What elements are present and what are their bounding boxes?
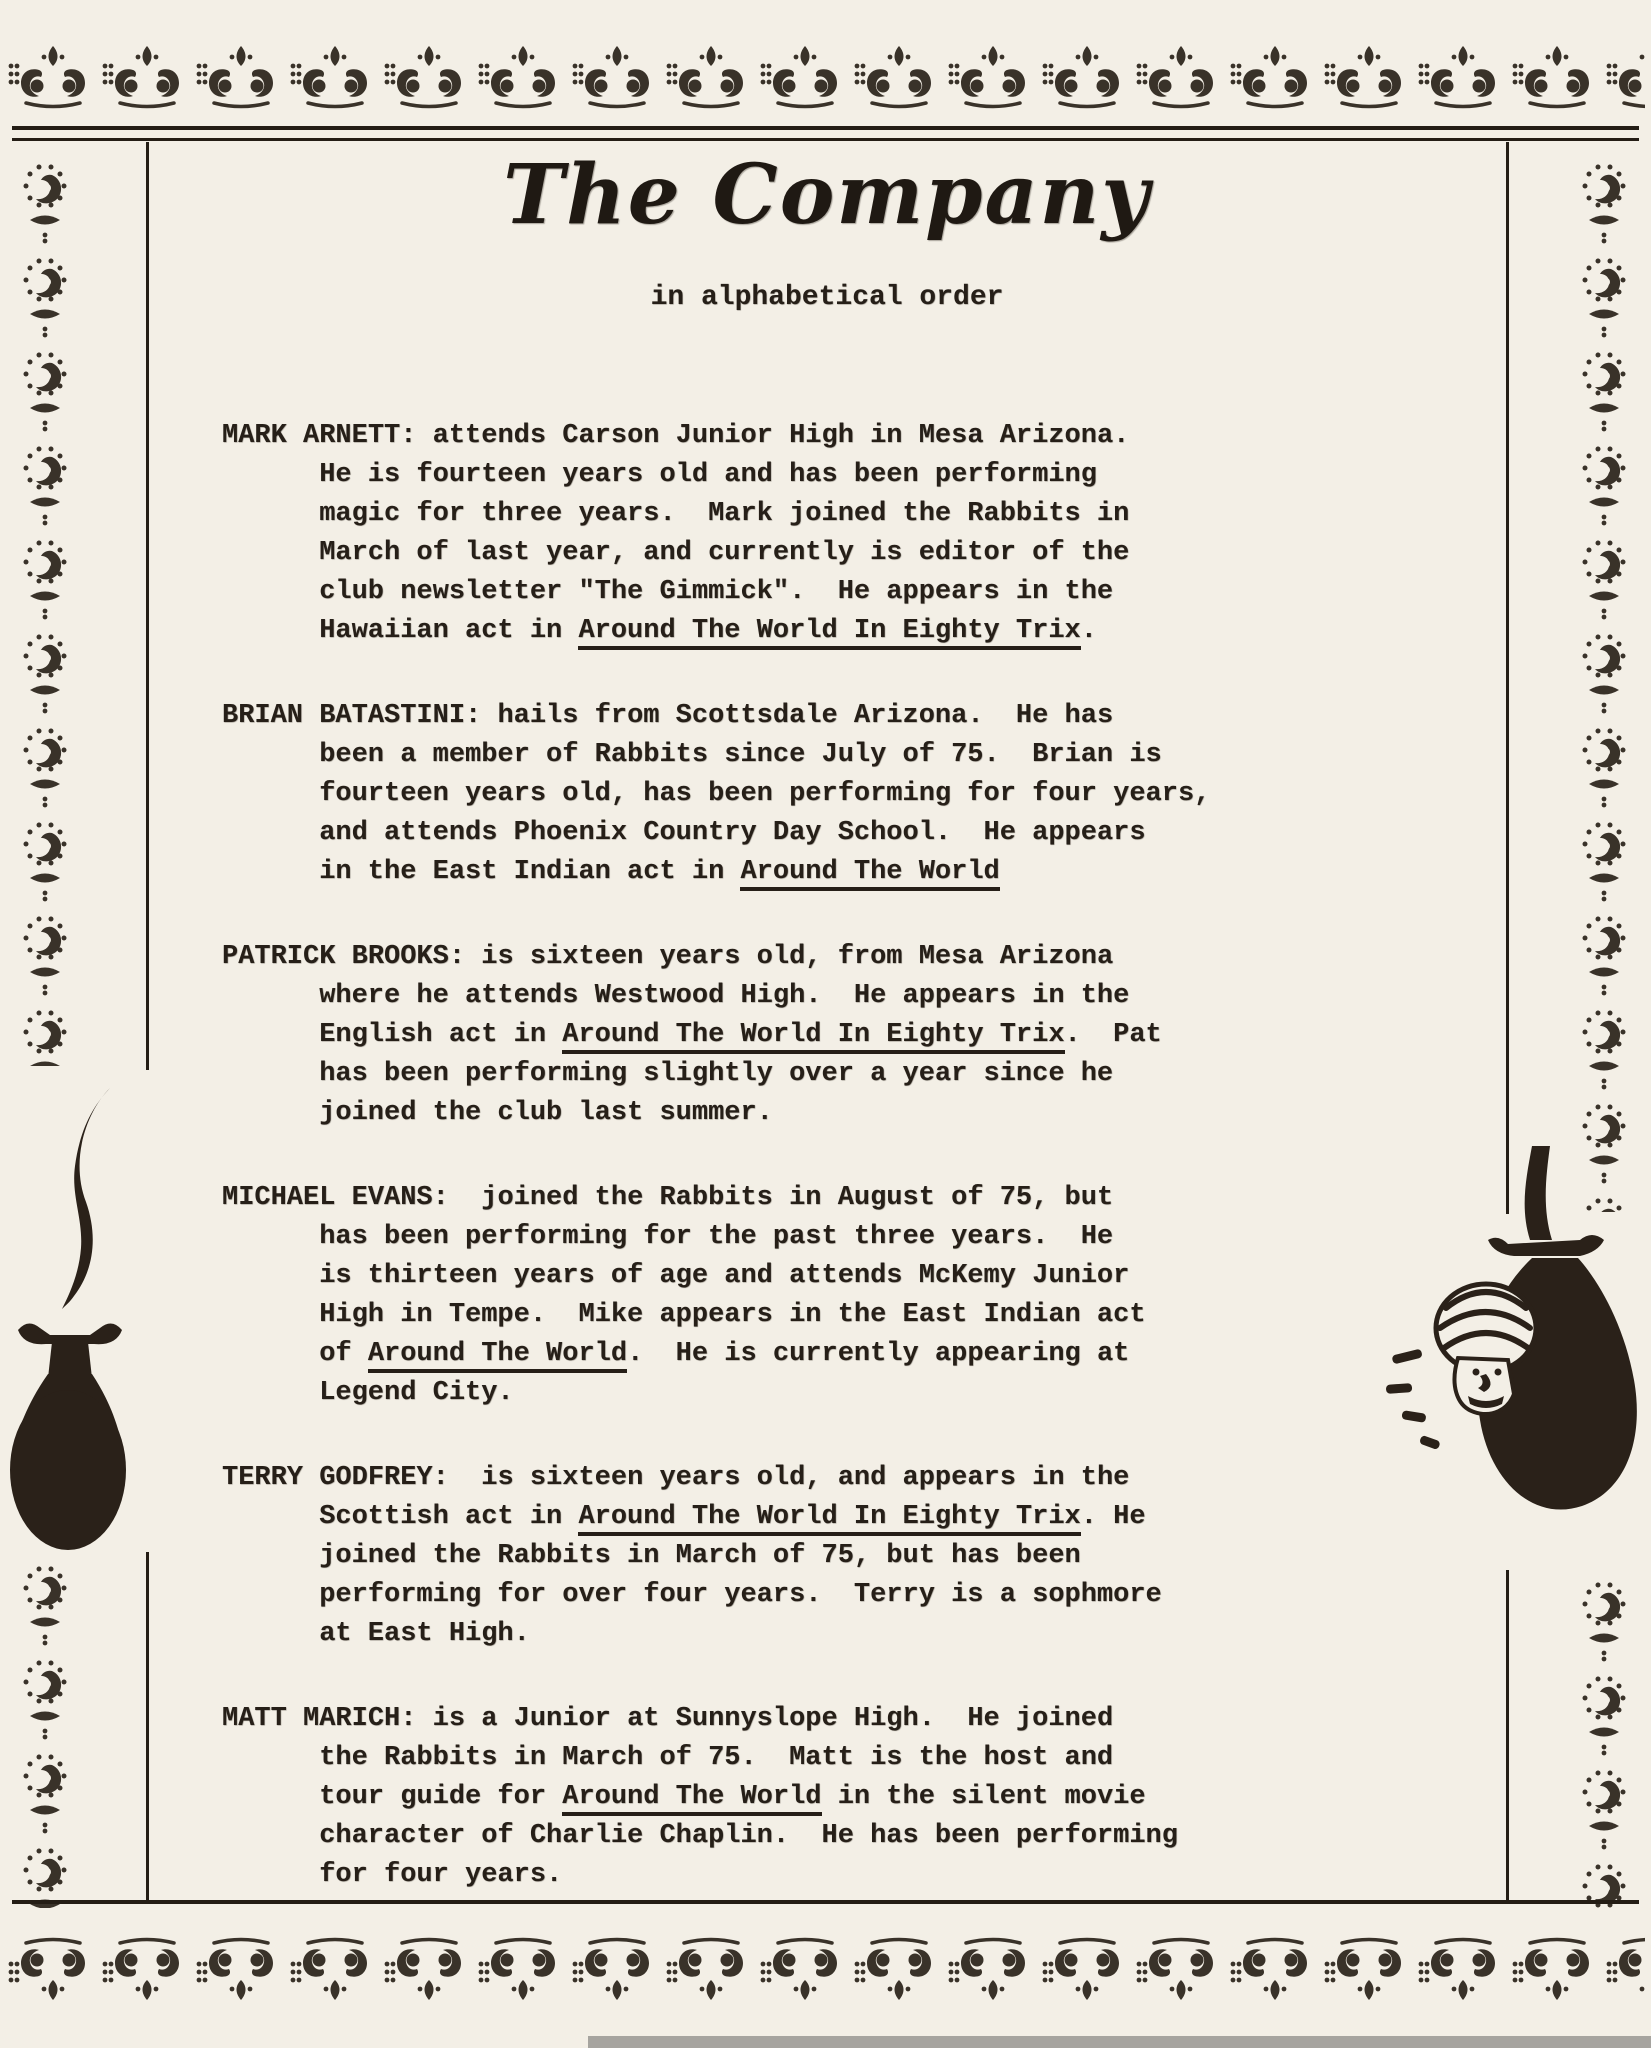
bio-mark-arnett: MARK ARNETT: attends Carson Junior High … bbox=[222, 417, 1432, 651]
bio-line: is thirteen years of age and attends McK… bbox=[222, 1257, 1432, 1296]
bio-line: joined the Rabbits in March of 75, but h… bbox=[222, 1537, 1432, 1576]
show-title-underlined: Around The World In Eighty Trix bbox=[578, 616, 1080, 650]
bio-line: been a member of Rabbits since July of 7… bbox=[222, 736, 1432, 775]
bio-line: where he attends Westwood High. He appea… bbox=[222, 977, 1432, 1016]
bio-line: Legend City. bbox=[222, 1374, 1432, 1413]
bio-line: for four years. bbox=[222, 1856, 1432, 1895]
inner-frame-left-rule-lower bbox=[146, 1552, 149, 1902]
show-title-underlined: Around The World In Eighty Trix bbox=[578, 1502, 1080, 1536]
inner-frame-right-rule-lower bbox=[1506, 1570, 1509, 1902]
inner-frame-right-rule-upper bbox=[1506, 142, 1509, 1214]
bio-line: character of Charlie Chaplin. He has bee… bbox=[222, 1817, 1432, 1856]
scan-edge-shadow bbox=[588, 2036, 1651, 2048]
border-right-ornament-upper bbox=[1571, 150, 1641, 1212]
border-left-ornament-upper bbox=[12, 150, 82, 1066]
bio-line: MARK ARNETT: attends Carson Junior High … bbox=[222, 417, 1432, 456]
bio-line: Scottish act in Around The World In Eigh… bbox=[222, 1498, 1432, 1537]
bio-line: English act in Around The World In Eight… bbox=[222, 1016, 1432, 1055]
bio-line: He is fourteen years old and has been pe… bbox=[222, 456, 1432, 495]
bio-line: tour guide for Around The World in the s… bbox=[222, 1778, 1432, 1817]
bio-line: joined the club last summer. bbox=[222, 1094, 1432, 1133]
genie-bottle-smoke-illustration bbox=[4, 1078, 180, 1552]
bio-line: Hawaiian act in Around The World In Eigh… bbox=[222, 612, 1432, 651]
bio-line: club newsletter "The Gimmick". He appear… bbox=[222, 573, 1432, 612]
show-title-underlined: Around The World In Eighty Trix bbox=[562, 1020, 1064, 1054]
border-right-ornament-lower bbox=[1571, 1568, 1641, 1908]
bio-line: performing for over four years. Terry is… bbox=[222, 1576, 1432, 1615]
bio-line: High in Tempe. Mike appears in the East … bbox=[222, 1296, 1432, 1335]
bio-terry-godfrey: TERRY GODFREY: is sixteen years old, and… bbox=[222, 1459, 1432, 1654]
bio-patrick-brooks: PATRICK BROOKS: is sixteen years old, fr… bbox=[222, 938, 1432, 1133]
show-title-underlined: Around The World bbox=[562, 1782, 821, 1816]
bio-line: and attends Phoenix Country Day School. … bbox=[222, 814, 1432, 853]
bio-line: at East High. bbox=[222, 1615, 1432, 1654]
inner-frame-top-rule-2 bbox=[12, 138, 1639, 141]
inner-frame-top-rule bbox=[12, 126, 1639, 130]
bio-line: TERRY GODFREY: is sixteen years old, and… bbox=[222, 1459, 1432, 1498]
bio-line: of Around The World. He is currently app… bbox=[222, 1335, 1432, 1374]
bio-line: has been performing slightly over a year… bbox=[222, 1055, 1432, 1094]
page-subtitle: in alphabetical order bbox=[222, 278, 1432, 317]
bio-line: PATRICK BROOKS: is sixteen years old, fr… bbox=[222, 938, 1432, 977]
border-left-ornament-lower bbox=[12, 1552, 82, 1908]
bio-line: in the East Indian act in Around The Wor… bbox=[222, 853, 1432, 892]
bio-line: BRIAN BATASTINI: hails from Scottsdale A… bbox=[222, 697, 1432, 736]
bio-line: has been performing for the past three y… bbox=[222, 1218, 1432, 1257]
bio-list: MARK ARNETT: attends Carson Junior High … bbox=[222, 417, 1432, 1895]
bio-line: March of last year, and currently is edi… bbox=[222, 534, 1432, 573]
bio-line: fourteen years old, has been performing … bbox=[222, 775, 1432, 814]
page-content: The Company in alphabetical order MARK A… bbox=[222, 150, 1432, 1941]
bio-line: the Rabbits in March of 75. Matt is the … bbox=[222, 1739, 1432, 1778]
bio-line: MATT MARICH: is a Junior at Sunnyslope H… bbox=[222, 1700, 1432, 1739]
show-title-underlined: Around The World bbox=[740, 857, 999, 891]
show-title-underlined: Around The World bbox=[368, 1339, 627, 1373]
border-top-ornament bbox=[6, 44, 1645, 114]
inner-frame-left-rule-upper bbox=[146, 142, 149, 1070]
bio-line: magic for three years. Mark joined the R… bbox=[222, 495, 1432, 534]
scanned-program-page: { "document": { "title": "The Company", … bbox=[0, 0, 1651, 2048]
bio-matt-marich: MATT MARICH: is a Junior at Sunnyslope H… bbox=[222, 1700, 1432, 1895]
bio-line: MICHAEL EVANS: joined the Rabbits in Aug… bbox=[222, 1179, 1432, 1218]
bio-brian-batastini: BRIAN BATASTINI: hails from Scottsdale A… bbox=[222, 697, 1432, 892]
bio-michael-evans: MICHAEL EVANS: joined the Rabbits in Aug… bbox=[222, 1179, 1432, 1413]
page-title: The Company bbox=[222, 150, 1432, 240]
